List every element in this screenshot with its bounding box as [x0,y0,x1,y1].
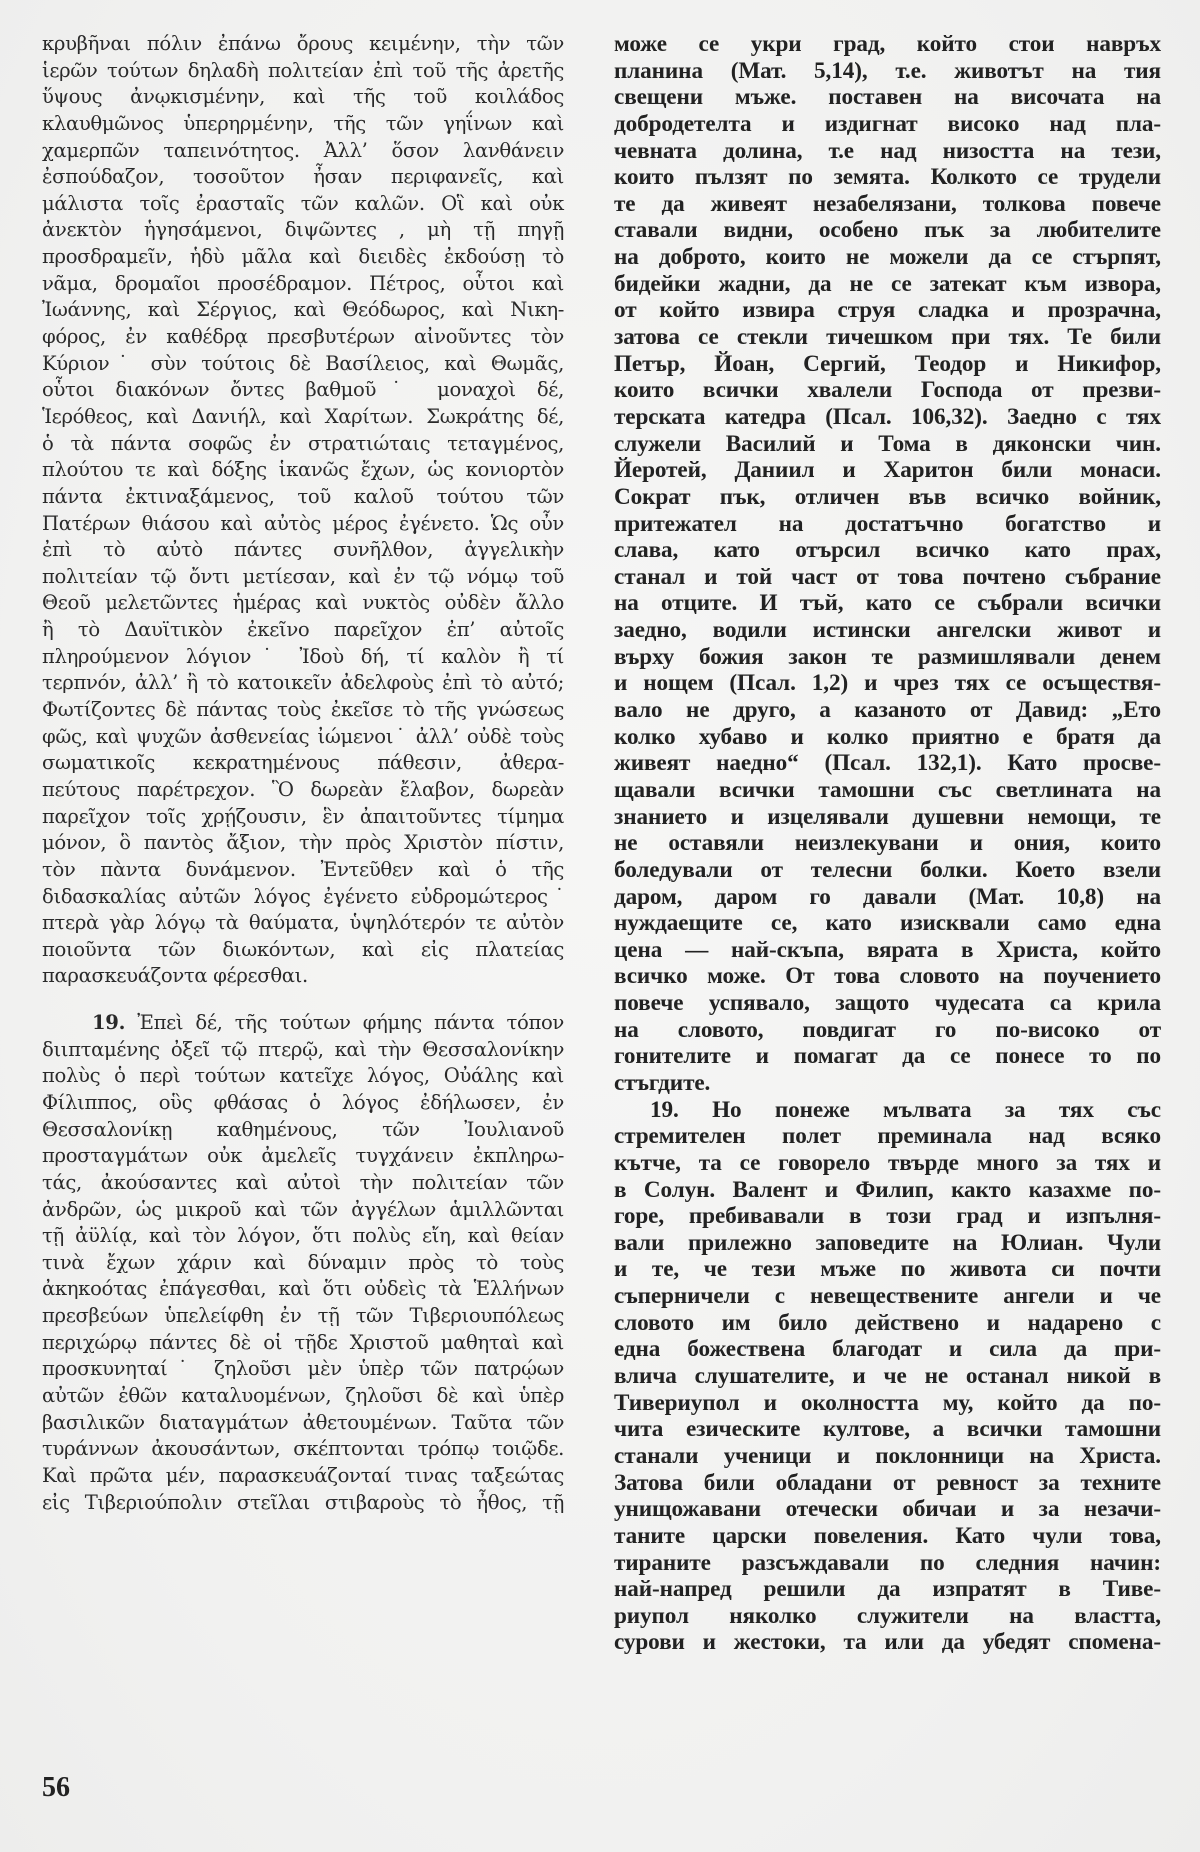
text-line: περιχώρῳ πάντες δὲ οἱ τῇδε Χριστοῦ μαθητ… [42,1330,564,1357]
text-line: сурови и жестоки, та или да убедят споме… [614,1629,1161,1656]
bulgarian-text-column: може се укри град, който стои навръхплан… [614,31,1161,1656]
text-line: може се укри град, който стои навръх [614,31,1161,58]
text-line: νᾶμα, δρομαῖοι προσέδραμον. Πέτρος, οὗτο… [42,271,564,298]
text-line: τερπνόν, ἀλλ’ ἢ τὸ κατοικεῖν ἀδελφοὺς ἐπ… [42,670,564,697]
text-line: тираните разсъждавали по следния начин: [614,1550,1161,1577]
text-line: бидейки жадни, да не се затекат към изво… [614,271,1161,298]
text-line: влича слушателите, и че не останал никой… [614,1363,1161,1390]
text-line: μάλιστα τοῖς ἐρασταῖς τῶν καλῶν. Οἳ καὶ … [42,191,564,218]
text-line: ἀνδρῶν, ὡς μικροῦ καὶ τῶν ἀγγέλων ἁμιλλῶ… [42,1197,564,1224]
greek-paragraph-2: 19. Ἐπεὶ δέ, τῆς τούτων φήμης πάντα τόπο… [42,1010,564,1516]
text-line: повече успявало, защото чудесата са крил… [614,990,1161,1017]
text-line: кътче, та се говорело твърде много за тя… [614,1150,1161,1177]
text-line: πτερὰ γὰρ λόγῳ τὰ θαύματα, ὑψηλότερόν τε… [42,910,564,937]
text-line: живеят наедно“ (Псал. 132,1). Като просв… [614,750,1161,777]
text-line: станал и той част от това почтено събран… [614,564,1161,591]
text-line: πάντα ἐκτιναξάμενος, τοῦ καλοῦ τούτου τῶ… [42,484,564,511]
text-line: и нощем (Псал. 1,2) и чрез тях се осъщес… [614,670,1161,697]
bulgarian-section-first-line: Но понеже мълвата за тях със [712,1097,1161,1123]
text-line: слава, като отърсил всичко като прах, [614,537,1161,564]
text-line: всичко може. От това словото на поучение… [614,963,1161,990]
text-line: добродетелта и издигнат високо над пла- [614,111,1161,138]
text-line: τὸν πὰντα δυνάμενον. Ἐντεῦθεν καὶ ὁ τῆς [42,857,564,884]
text-line: и те, че тези мъже по живота си почти [614,1256,1161,1283]
greek-text-column: κρυβῆναι πόλιν ἐπάνω ὄρους κειμένην, τὴν… [42,31,564,1516]
text-line: τυράννων ἀκουσάντων, σκέπτονται τρόπῳ το… [42,1436,564,1463]
text-line: не оставяли неизлекувани и ония, които [614,830,1161,857]
text-line: πεύτους παρέτρεχον. Ὃ δωρεὰν ἔλαβον, δωρ… [42,777,564,804]
text-line: Ἱερόθεος, καὶ Δανιήλ, καὶ Χαρίτων. Σωκρά… [42,404,564,431]
text-line: на отците. И тъй, като се събрали всички [614,590,1161,617]
text-line: горе, пребивавали в този град и изпълня- [614,1203,1161,1230]
greek-paragraph-1: κρυβῆναι πόλιν ἐπάνω ὄρους κειμένην, τὴν… [42,31,564,990]
greek-section-first-line: Ἐπεὶ δέ, τῆς τούτων φήμης πάντα τόπον [137,1011,564,1034]
text-line: свещени мъже. поставен на височата на [614,84,1161,111]
text-line: τῇ ἀϋλίᾳ, καὶ τὸν λόγον, ὅτι πολὺς εἴη, … [42,1223,564,1250]
text-line: ἐσπούδαζον, τοσοῦτον ἦσαν περιφανεῖς, κα… [42,164,564,191]
text-line: πολιτείαν τῷ ὄντι μετίεσαν, καὶ ἐν τῷ νό… [42,564,564,591]
text-line: боледували от телесни болки. Което взели [614,857,1161,884]
document-page: κρυβῆναι πόλιν ἐπάνω ὄρους κειμένην, τὴν… [0,0,1200,1852]
text-line: нуждаещите се, като изисквали само една [614,910,1161,937]
text-line: διδασκαλίας αὐτῶν λόγος ἐγένετο εὐδρομώτ… [42,884,564,911]
text-line: Ἰωάννης, καὶ Σέργιος, καὶ Θεόδωρος, καὶ … [42,297,564,324]
text-line: προσδραμεῖν, ἡδὺ μᾶλα καὶ διειδὲς ἐκδούσ… [42,244,564,271]
text-line: Петър, Йоан, Сергий, Теодор и Никифор, [614,351,1161,378]
text-line: Сократ пък, отличен във всичко войник, [614,484,1161,511]
text-line: ставали видни, особено пък за любителите [614,217,1161,244]
text-line: служели Василий и Тома в дяконски чин. [614,431,1161,458]
text-line: ἀκηκοότας ἐπάγεσθαι, καὶ ὅτι οὐδεὶς τὰ Ἑ… [42,1276,564,1303]
text-line: εἰς Τιβεριούπολιν στεῖλαι στιβαροὺς τὸ ἦ… [42,1490,564,1517]
text-line: планина (Мат. 5,14), т.е. животът на тия [614,58,1161,85]
text-line: Θεσσαλονίκῃ καθημένους, τῶν Ἰουλιανοῦ [42,1117,564,1144]
text-line: цена — най-скъпа, вярата в Христа, който [614,937,1161,964]
text-line: ὁ τὰ πάντα σοφῶς ἐν στρατιώταις τεταγμέν… [42,431,564,458]
text-line: терската катедра (Псал. 106,32). Заедно … [614,404,1161,431]
text-line: ἢ τὸ Δαυϊτικὸν ἐκεῖνο παρεῖχον ἐπ’ αὐτοῖ… [42,617,564,644]
text-line: щавали всички тамошни със светлината на [614,777,1161,804]
text-line: които пълзят по земята. Колкото се труде… [614,164,1161,191]
text-line: Καὶ πρῶτα μέν, παρασκευάζονταί τινας ταξ… [42,1463,564,1490]
text-line: αὐτῶν ἐθῶν καταλυομένων, ζηλοῦσι δὲ καὶ … [42,1383,564,1410]
bulgarian-section-heading-line: 19. Но понеже мълвата за тях със [614,1097,1161,1124]
text-line: затова се стекли тичешком при тях. Те би… [614,324,1161,351]
text-line: риупол няколко служители на властта, [614,1603,1161,1630]
text-line: съперничели с невеществените ангели и че [614,1283,1161,1310]
text-line: Тивериупол и околността му, който да по- [614,1390,1161,1417]
section-number: 19. [92,1011,125,1034]
text-line: чита езическите култове, а всички тамошн… [614,1416,1161,1443]
section-number: 19. [650,1097,679,1123]
text-line: παρασκευάζοντα φέρεσθαι. [42,963,564,990]
text-line: стъгдите. [614,1070,1161,1097]
text-line: една божествена благодат и сила да при- [614,1336,1161,1363]
text-line: най-напред решили да изпратят в Тиве- [614,1576,1161,1603]
text-line: на словото, повдигат го по-високо от [614,1017,1161,1044]
bulgarian-paragraph-1: може се укри град, който стои навръхплан… [614,31,1161,1097]
text-line: които всички хвалели Господа от презви- [614,377,1161,404]
text-line: вали прилежно заповедите на Юлиан. Чули [614,1230,1161,1257]
text-line: ἀνεκτὸν ἡγησάμενοι, διψῶντες , μὴ τῇ πηγ… [42,217,564,244]
text-line: οὗτοι διακόνων ὄντες βαθμοῦ˙ μοναχοὶ δέ, [42,377,564,404]
text-line: ἱερῶν τούτων δηλαδὴ πολιτείαν ἐπὶ τοῦ τῆ… [42,58,564,85]
text-line: φῶς, καὶ ψυχῶν ἀσθενείας ἰώμενοι˙ ἀλλ’ ο… [42,724,564,751]
text-line: μόνον, ὃ παντὸς ἄξιον, τὴν πρὸς Χριστὸν … [42,830,564,857]
text-line: Затова били обладани от ревност за техни… [614,1470,1161,1497]
page-number: 56 [42,1772,70,1804]
text-line: κρυβῆναι πόλιν ἐπάνω ὄρους κειμένην, τὴν… [42,31,564,58]
text-line: стремителен полет преминала над всяко [614,1123,1161,1150]
text-line: πλούτου τε καὶ δόξης ἱκανῶς ἔχων, ὡς κον… [42,457,564,484]
text-line: от който извира струя сладка и прозрачна… [614,297,1161,324]
text-line: притежател на достатъчно богатство и [614,511,1161,538]
text-line: таните царски повеления. Като чули това, [614,1523,1161,1550]
paragraph-gap [42,990,564,1010]
text-line: словото им било действено и надарено с [614,1310,1161,1337]
text-line: станали ученици и поклонници на Христа. [614,1443,1161,1470]
text-line: вало не друго, а казаното от Давид: „Ето [614,697,1161,724]
text-line: πρεσβεύων ὑπελείφθη ἐν τῇ τῶν Τιβεριουπό… [42,1303,564,1330]
text-line: Πατέρων θιάσου καὶ αὐτὸς μέρος ἐγένετο. … [42,511,564,538]
text-line: на доброто, които не можели да се стърпя… [614,244,1161,271]
text-line: χαμερπῶν ταπεινότητος. Ἀλλ’ ὅσον λανθάνε… [42,138,564,165]
text-line: κλαυθμῶνος ὑπερηρμένην, τῆς τῶν γηΐνων κ… [42,111,564,138]
text-line: τάς, ἀκούσαντες καὶ αὐτοὶ τὴν πολιτείαν … [42,1170,564,1197]
text-line: σωματικοῖς κεκρατημένους πάθεσιν, ἀθερα- [42,750,564,777]
text-line: Φίλιππος, οὓς φθάσας ὁ λόγος ἐδήλωσεν, ἐ… [42,1090,564,1117]
text-line: ὕψους ἀνῳκισμένην, καὶ τῆς τοῦ κοιλάδος [42,84,564,111]
text-line: διιπταμένης ὀξεῖ τῷ πτερῷ, καὶ τὴν Θεσσα… [42,1037,564,1064]
text-line: даром, даром го давали (Мат. 10,8) на [614,884,1161,911]
text-line: ποιοῦντα τῶν διωκόντων, καὶ εἰς πλατείας [42,937,564,964]
text-line: върху божия закон те размишлявали денем [614,644,1161,671]
text-line: знанието и изцелявали душевни немощи, те [614,804,1161,831]
text-line: παρεῖχον τοῖς χρῄζουσιν, ἓν ἀπαιτοῦντες … [42,804,564,831]
text-line: колко хубаво и колко приятно е братя да [614,724,1161,751]
greek-section-heading-line: 19. Ἐπεὶ δέ, τῆς τούτων φήμης πάντα τόπο… [42,1010,564,1037]
text-line: ἐπὶ τὸ αὐτὸ πάντες συνῆλθον, ἀγγελικὴν [42,537,564,564]
text-line: Κύριον˙ σὺν τούτοις δὲ Βασίλειος, καὶ Θω… [42,351,564,378]
bulgarian-paragraph-2: 19. Но понеже мълвата за тях със стремит… [614,1097,1161,1656]
text-line: унищожавани отечески обичаи и за незачи- [614,1496,1161,1523]
text-line: φόρος, ἐν καθέδρᾳ πρεσβυτέρων αἰνοῦντες … [42,324,564,351]
text-line: в Солун. Валент и Филип, както казахме п… [614,1177,1161,1204]
text-line: τινὰ ἔχων χάριν καὶ δύναμιν πρὸς τὸ τοὺς [42,1250,564,1277]
text-line: Θεοῦ μελετῶντες ἡμέρας καὶ νυκτὸς οὐδὲν … [42,590,564,617]
text-line: Φωτίζοντες δὲ πάντας τοὺς ἐκεῖσε τὸ τῆς … [42,697,564,724]
text-line: προσκυνηταί˙ ζηλοῦσι μὲν ὑπὲρ τῶν πατρῴω… [42,1356,564,1383]
text-line: πληρούμενον λόγιον˙ Ἰδοὺ δή, τί καλὸν ἢ … [42,644,564,671]
text-line: гонителите и помагат да се понесе то по [614,1043,1161,1070]
text-line: προσταγμάτων οὐκ ἀμελεῖς τυγχάνειν ἐκπλη… [42,1143,564,1170]
text-line: чевната долина, т.е над низостта на тези… [614,138,1161,165]
text-line: Йеротей, Даниил и Харитон били монаси. [614,457,1161,484]
text-line: заедно, водили истински ангелски живот и [614,617,1161,644]
text-line: βασιλικῶν διαταγμάτων ἀθετουμένων. Ταῦτα… [42,1410,564,1437]
text-line: те да живеят незабелязани, толкова повеч… [614,191,1161,218]
text-line: πολὺς ὁ περὶ τούτων κατεῖχε λόγος, Οὐάλη… [42,1063,564,1090]
